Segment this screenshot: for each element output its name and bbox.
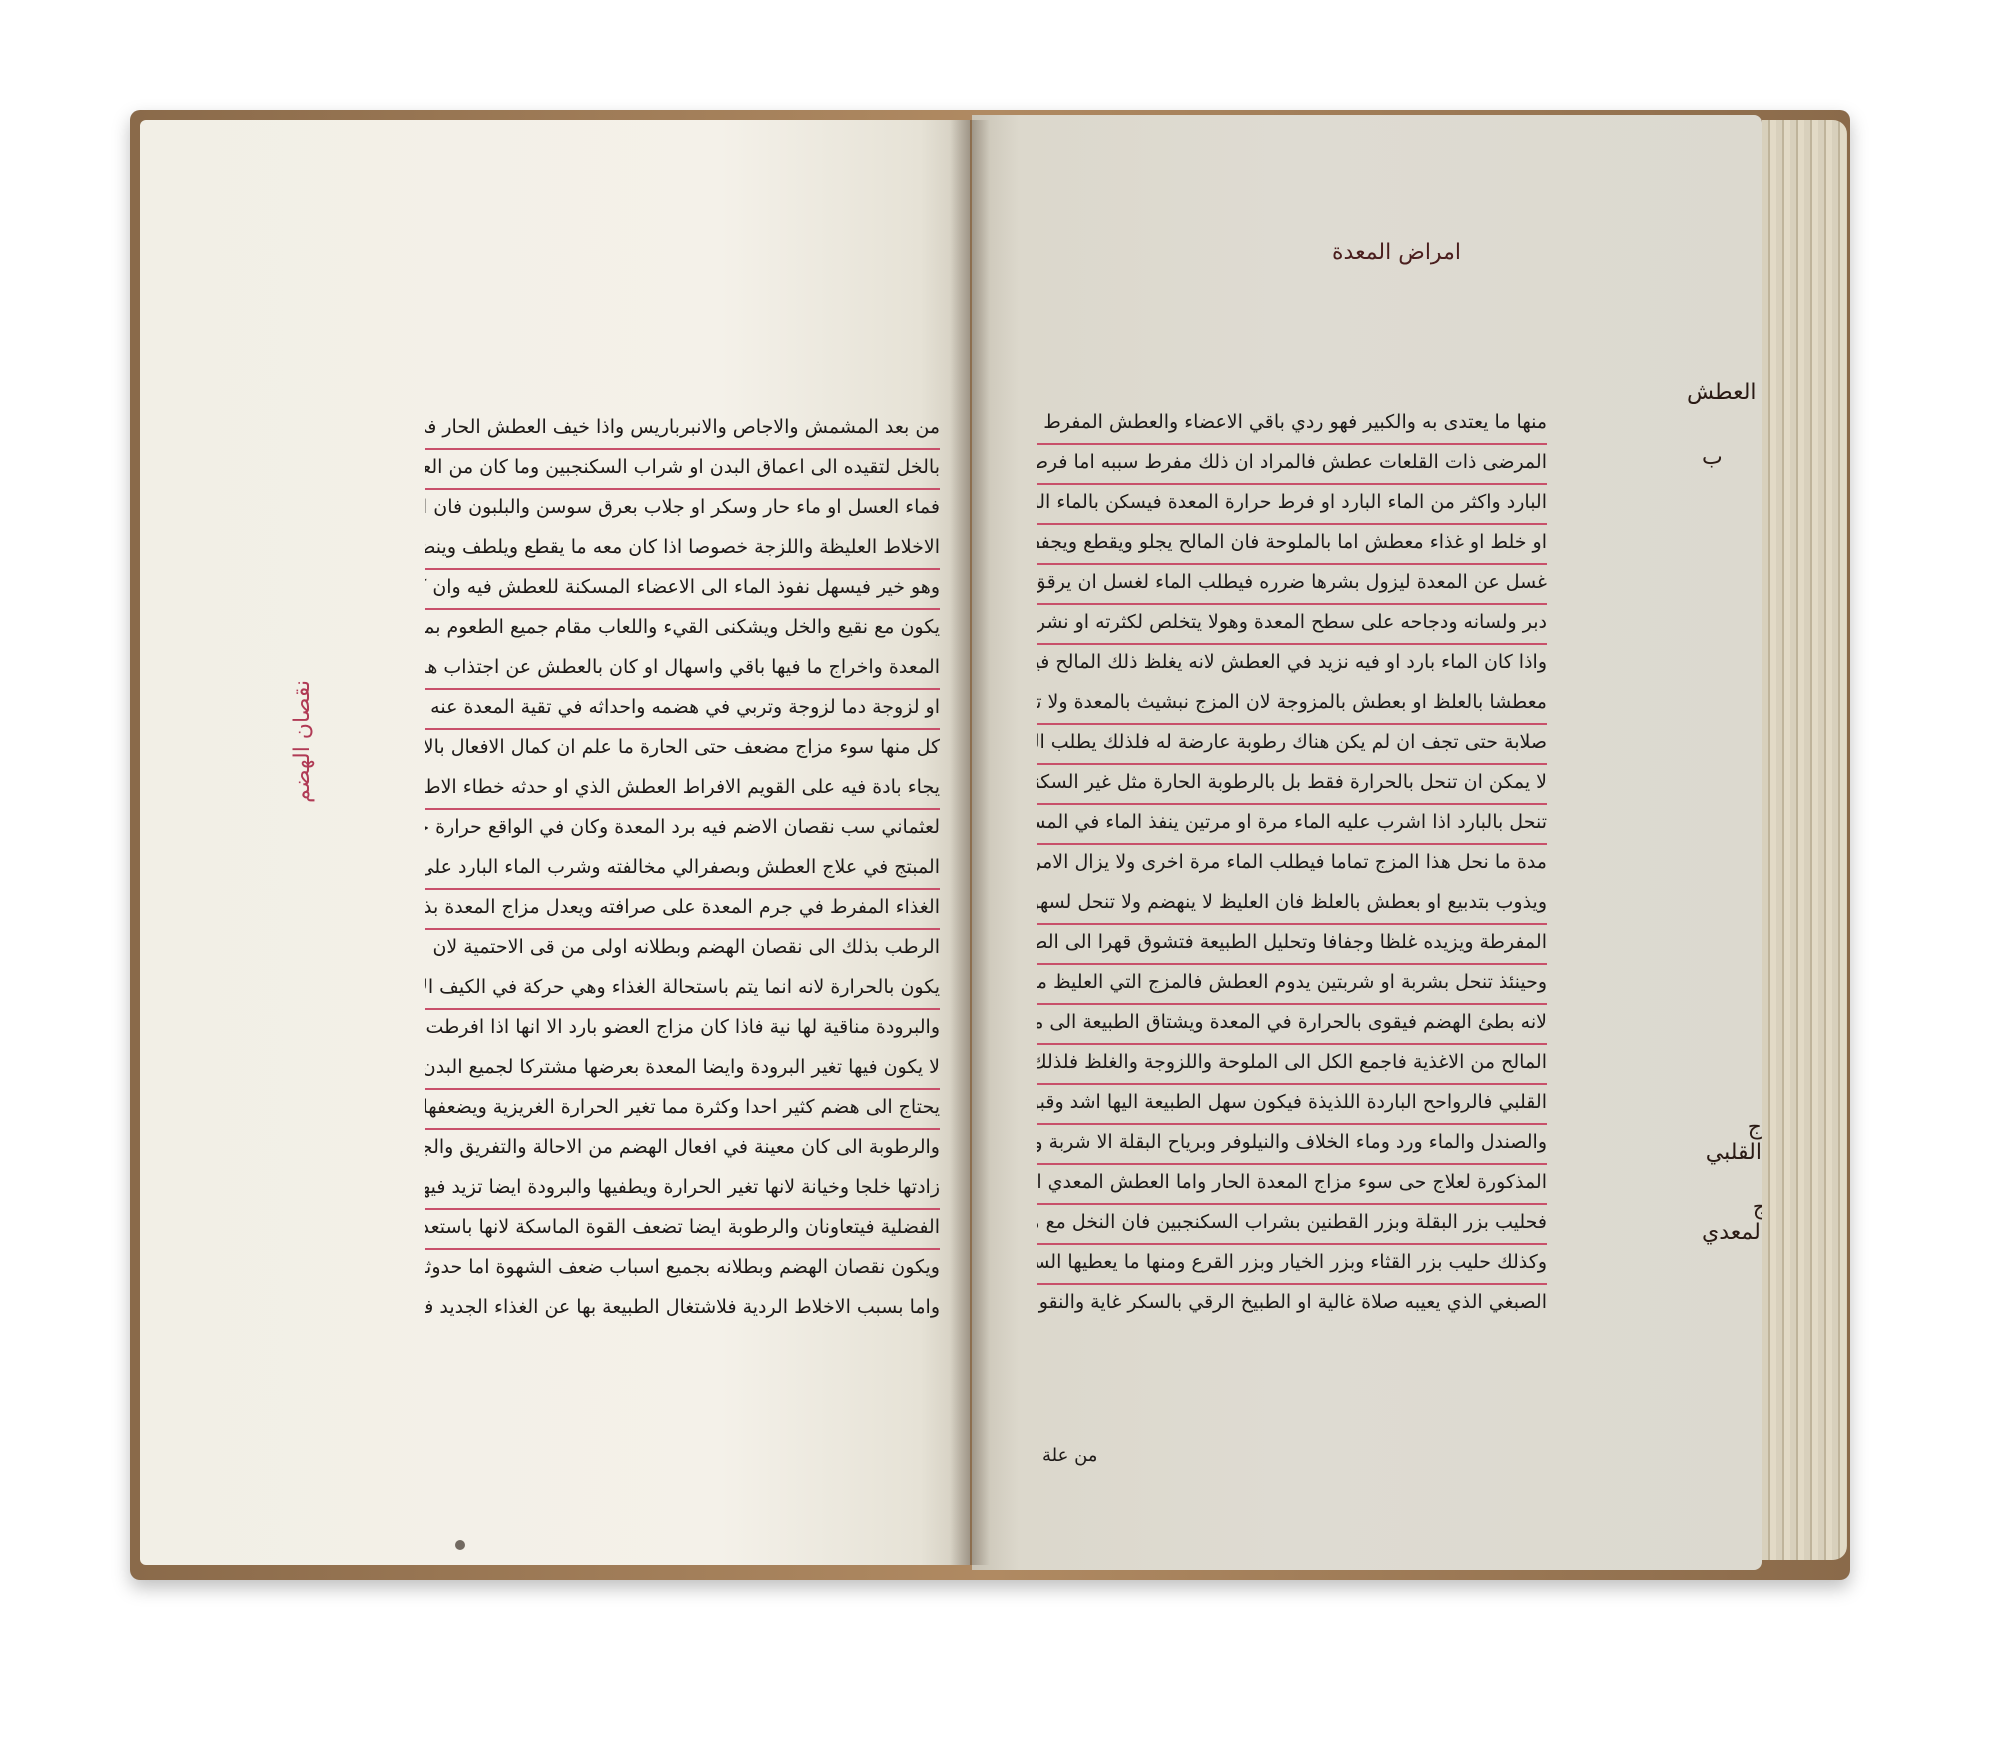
manuscript-line: والرطوبة الى كان معينة في افعال الهضم من… — [425, 1130, 940, 1170]
margin-note-thirst: العطش — [1687, 380, 1757, 405]
manuscript-line: المذكورة لعلاج حى سوء مزاج المعدة الحار … — [1037, 1165, 1547, 1205]
right-page: امراض المعدة منها ما يعتدى به والكبير فه… — [972, 115, 1762, 1570]
manuscript-line: او خلط او غذاء معطش اما بالملوحة فان الم… — [1037, 525, 1547, 565]
manuscript-line: واما بسبب الاخلاط الردية فلاشتغال الطبيع… — [425, 1290, 940, 1330]
manuscript-line: المالح من الاغذية فاجمع الكل الى الملوحة… — [1037, 1045, 1547, 1085]
manuscript-line: الرطب بذلك الى نقصان الهضم وبطلانه اولى … — [425, 930, 940, 970]
manuscript-line: يكون بالحرارة لانه انما يتم باستحالة الغ… — [425, 970, 940, 1010]
page-edges — [1762, 120, 1847, 1560]
manuscript-line: يجاء بادة فيه على القويم الافراط العطش ا… — [425, 770, 940, 810]
manuscript-line: منها ما يعتدى به والكبير فهو ردي باقي ال… — [1037, 405, 1547, 445]
manuscript-line: يكون مع نقيع والخل ويشكنى القيء واللعاب … — [425, 610, 940, 650]
manuscript-line: مدة ما نحل هذا المزج تماما فيطلب الماء م… — [1037, 845, 1547, 885]
left-page: نقصان الهضم من بعد المشمش والاجاص والانب… — [140, 120, 970, 1565]
manuscript-line: من بعد المشمش والاجاص والانبرباريس واذا … — [425, 410, 940, 450]
ink-blot — [455, 1540, 465, 1550]
margin-note-cardiac: ج القلبي — [1692, 1115, 1762, 1165]
manuscript-line: لا يمكن ان تنحل بالحرارة فقط بل بالرطوبة… — [1037, 765, 1547, 805]
manuscript-line: واذا كان الماء بارد او فيه نزيد في العطش… — [1037, 645, 1547, 685]
manuscript-line: معطشا بالعلظ او بعطش بالمزوجة لان المزج … — [1037, 685, 1547, 725]
manuscript-line: ويكون نقصان الهضم وبطلانه بجميع اسباب ضع… — [425, 1250, 940, 1290]
manuscript-line: المفرطة ويزيده غلظا وجفافا وتحليل الطبيع… — [1037, 925, 1547, 965]
manuscript-line: كل منها سوء مزاج مضعف حتى الحارة ما علم … — [425, 730, 940, 770]
manuscript-line: الغذاء المفرط في جرم المعدة على صرافته و… — [425, 890, 940, 930]
manuscript-line: يحتاج الى هضم كثير احدا وكثرة مما تغير ا… — [425, 1090, 940, 1130]
manuscript-line: القلبي فالرواحح الباردة اللذيذة فيكون سه… — [1037, 1085, 1547, 1125]
manuscript-line: البارد واكثر من الماء البارد او فرط حرار… — [1037, 485, 1547, 525]
manuscript-line: ويذوب بتدبيع او بعطش بالعلظ فان العليظ ل… — [1037, 885, 1547, 925]
margin-note-gastric: ج المعدي — [1702, 1195, 1767, 1245]
manuscript-line: المبتج في علاج العطش وبصفرالي مخالفته وش… — [425, 850, 940, 890]
manuscript-line: فحليب بزر البقلة وبزر القطنين بشراب السك… — [1037, 1205, 1547, 1245]
left-text-block: من بعد المشمش والاجاص والانبرباريس واذا … — [425, 410, 940, 1330]
right-text-block: منها ما يعتدى به والكبير فهو ردي باقي ال… — [1037, 405, 1547, 1325]
manuscript-line: تنحل بالبارد اذا اشرب عليه الماء مرة او … — [1037, 805, 1547, 845]
manuscript-line: الفضلية فيتعاونان والرطوبة ايضا تضعف الق… — [425, 1210, 940, 1250]
manuscript-line: المعدة واخراج ما فيها باقي واسهال او كان… — [425, 650, 940, 690]
open-manuscript-book: نقصان الهضم من بعد المشمش والاجاص والانب… — [130, 110, 1850, 1580]
manuscript-line: او لزوجة دما لزوجة وتربي في هضمه واحداثه… — [425, 690, 940, 730]
manuscript-line: زادتها خلجا وخيانة لانها تغير الحرارة وي… — [425, 1170, 940, 1210]
manuscript-line: لا يكون فيها تغير البرودة وايضا المعدة ب… — [425, 1050, 940, 1090]
left-margin-note: نقصان الهضم — [290, 680, 315, 803]
manuscript-line: الاخلاط العليظة واللزجة خصوصا اذا كان مع… — [425, 530, 940, 570]
manuscript-line: والبرودة مناقية لها نية فاذا كان مزاج ال… — [425, 1010, 940, 1050]
book-gutter — [950, 120, 990, 1565]
manuscript-line: والصندل والماء ورد وماء الخلاف والنيلوفر… — [1037, 1125, 1547, 1165]
manuscript-line: صلابة حتى تجف ان لم يكن هناك رطوبة عارضة… — [1037, 725, 1547, 765]
manuscript-line: وحينئذ تنحل بشربة او شربتين يدوم العطش ف… — [1037, 965, 1547, 1005]
page-header: امراض المعدة — [1332, 240, 1461, 265]
manuscript-line: وهو خير فيسهل نفوذ الماء الى الاعضاء الم… — [425, 570, 940, 610]
manuscript-line: وكذلك حليب بزر القثاء وبزر الخيار وبزر ا… — [1037, 1245, 1547, 1285]
manuscript-line: بالخل لتقيده الى اعماق البدن او شراب الس… — [425, 450, 940, 490]
manuscript-line: المرضى ذات القلعات عطش فالمراد ان ذلك مف… — [1037, 445, 1547, 485]
manuscript-line: لعثماني سب نقصان الاضم فيه برد المعدة وك… — [425, 810, 940, 850]
margin-note-b: ب — [1702, 445, 1723, 470]
manuscript-line: لانه بطئ الهضم فيقوى بالحرارة في المعدة … — [1037, 1005, 1547, 1045]
manuscript-line: فماء العسل او ماء حار وسكر او جلاب بعرق … — [425, 490, 940, 530]
manuscript-line: دبر ولسانه ودجاحه على سطح المعدة وهولا ي… — [1037, 605, 1547, 645]
catchword: من علة — [1042, 1445, 1097, 1466]
manuscript-line: غسل عن المعدة ليزول بشرها ضرره فيطلب الم… — [1037, 565, 1547, 605]
manuscript-line: الصبغي الذي يعيبه صلاة غالية او الطبيخ ا… — [1037, 1285, 1547, 1325]
